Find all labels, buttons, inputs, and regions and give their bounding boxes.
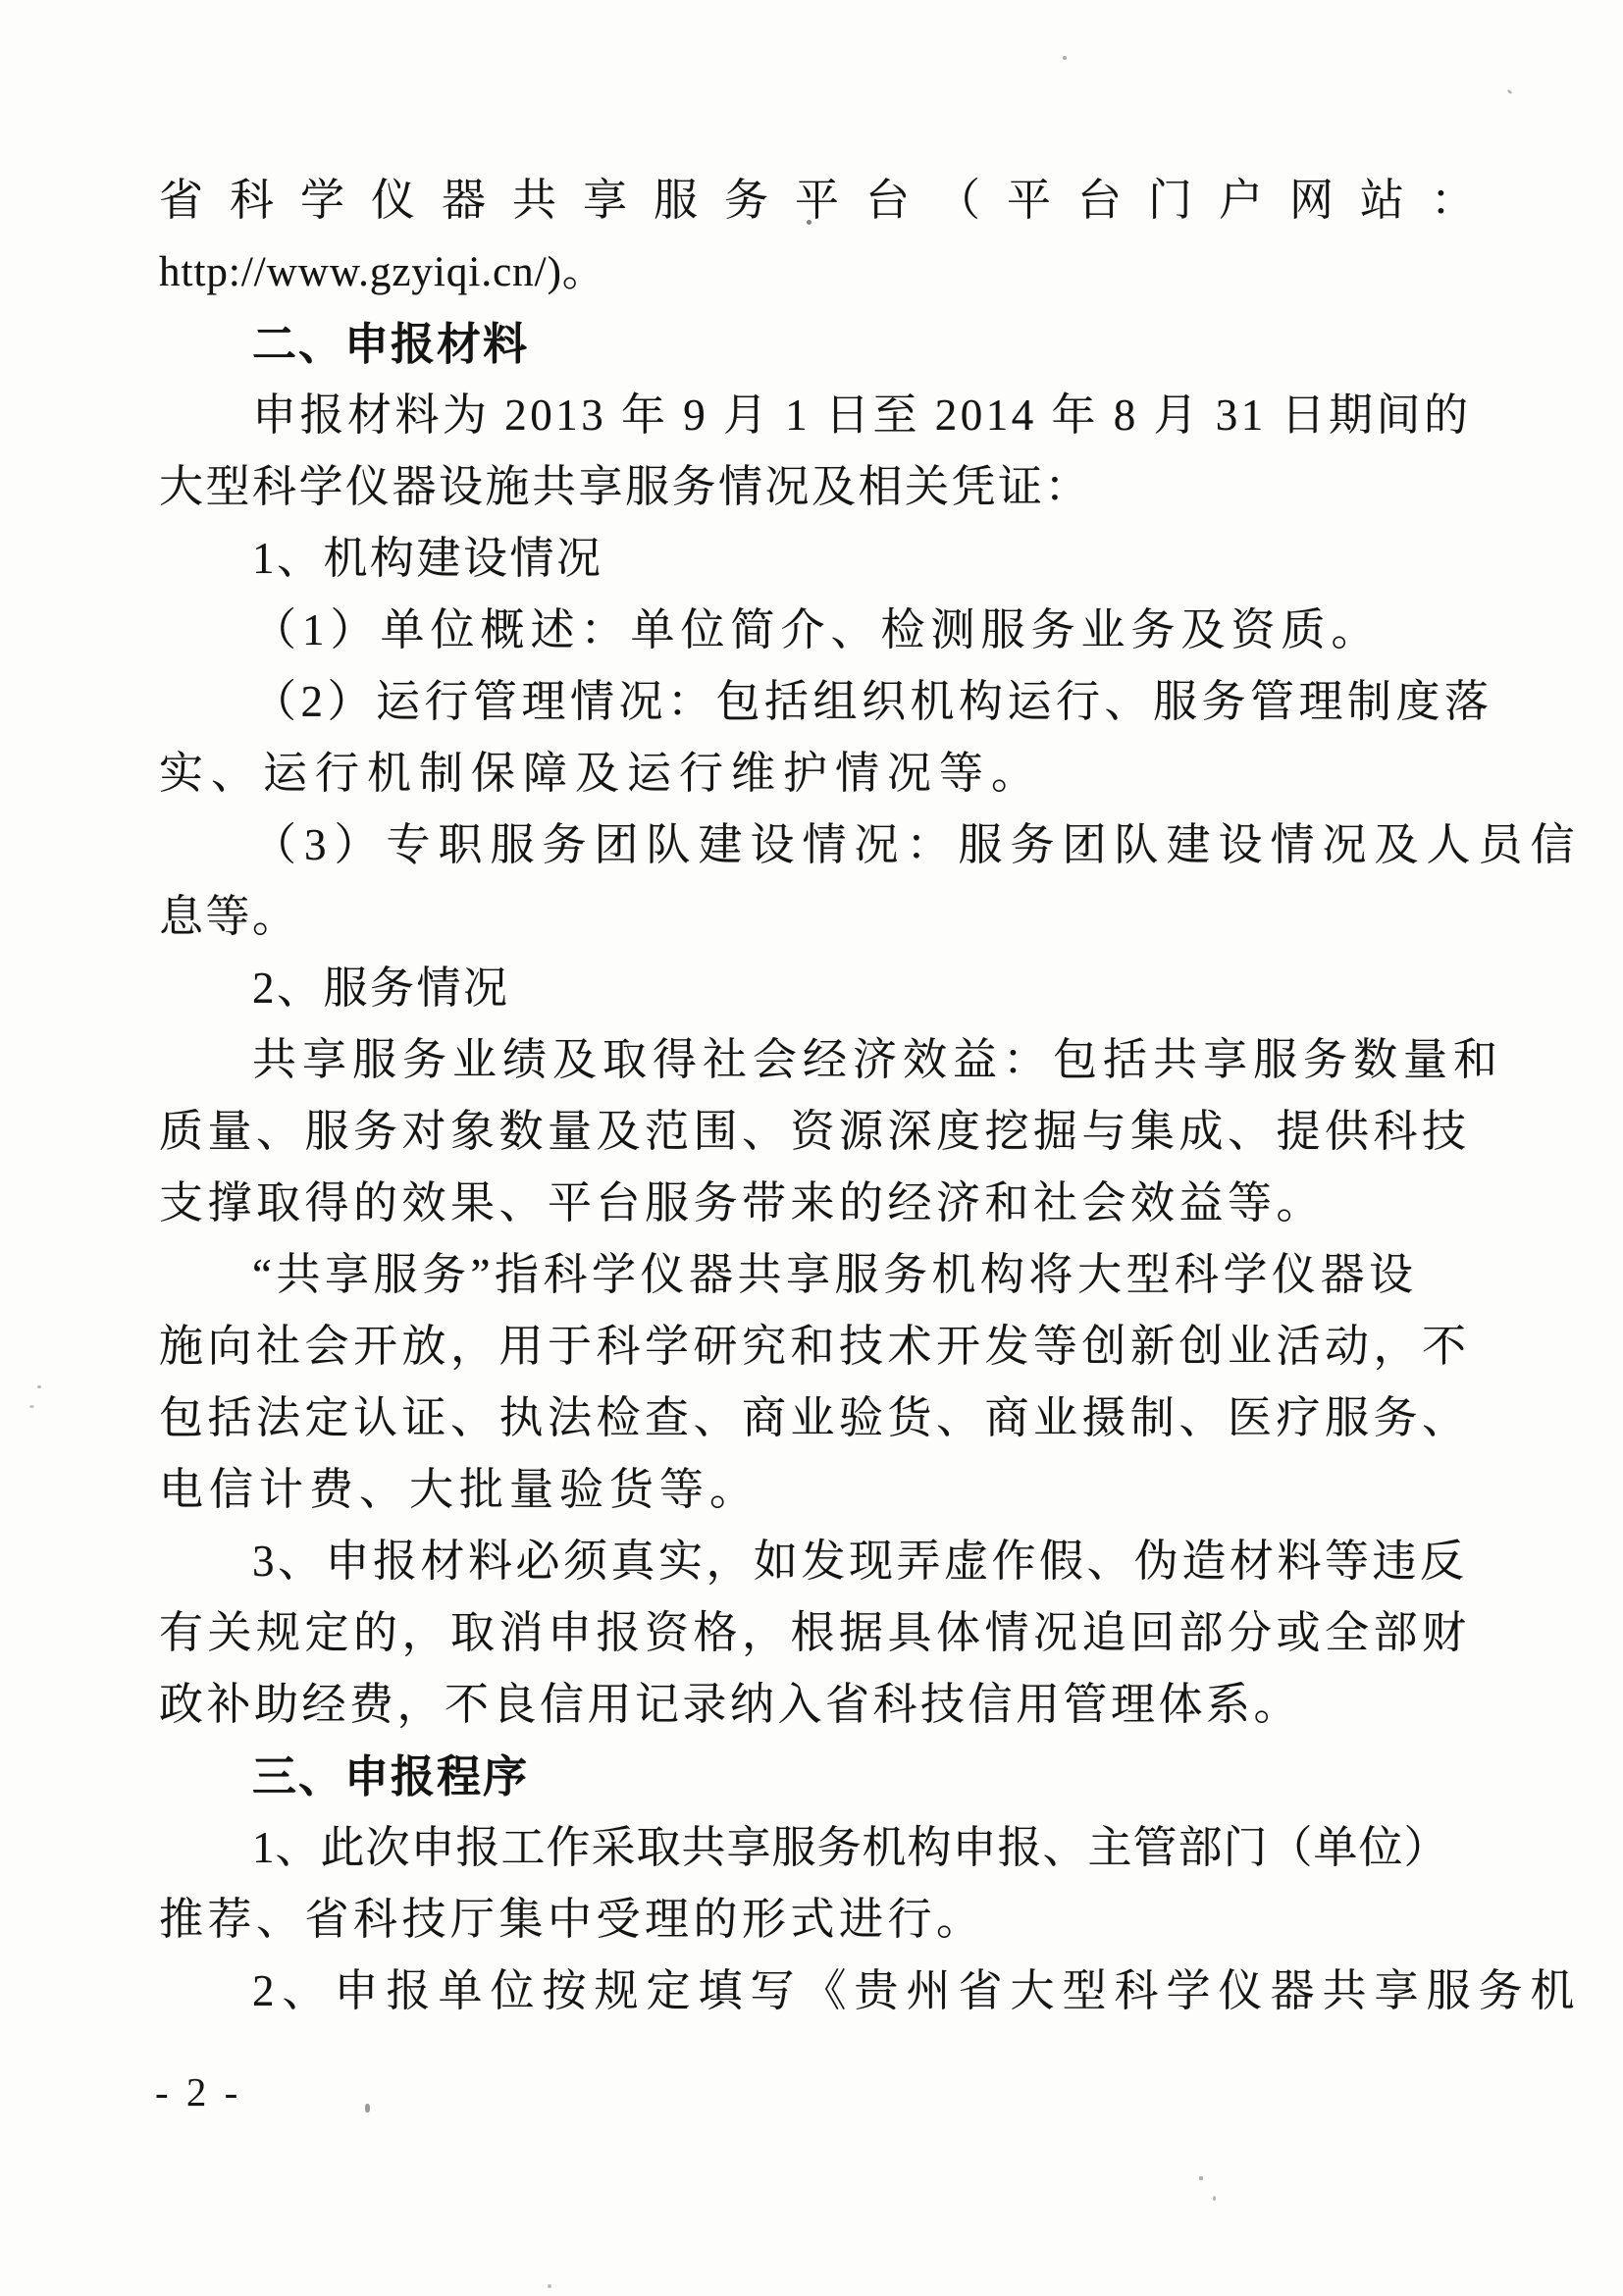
- text-line: （2）运行管理情况：包括组织机构运行、服务管理制度落: [159, 666, 1479, 738]
- text-line: 施向社会开放，用于科学研究和技术开发等创新创业活动，不: [159, 1311, 1479, 1383]
- scan-speck: [29, 1405, 34, 1408]
- text-line: 共享服务业绩及取得社会经济效益：包括共享服务数量和: [159, 1024, 1479, 1096]
- scan-speck: [37, 1385, 41, 1388]
- text-line: 省科学仪器共享服务平台（平台门户网站：: [159, 165, 1479, 236]
- text-line: （3）专职服务团队建设情况：服务团队建设情况及人员信: [159, 809, 1479, 881]
- text-line: 包括法定认证、执法检查、商业验货、商业摄制、医疗服务、: [159, 1383, 1479, 1454]
- document-page: 省科学仪器共享服务平台（平台门户网站：http://www.gzyiqi.cn/…: [0, 0, 1623, 2296]
- text-line: 三、申报程序: [159, 1741, 1479, 1812]
- document-text: 省科学仪器共享服务平台（平台门户网站：http://www.gzyiqi.cn/…: [159, 165, 1479, 2027]
- text-line: http://www.gzyiqi.cn/)。: [159, 236, 1479, 308]
- text-line: 有关规定的，取消申报资格，根据具体情况追回部分或全部财: [159, 1597, 1479, 1669]
- scan-speck: [548, 2284, 551, 2288]
- text-line: 3、申报材料必须真实，如发现弄虚作假、伪造材料等违反: [159, 1526, 1479, 1597]
- text-line: 2、申报单位按规定填写《贵州省大型科学仪器共享服务机: [159, 1956, 1479, 2027]
- text-line: 推荐、省科技厅集中受理的形式进行。: [159, 1884, 1479, 1956]
- scan-speck: [807, 220, 811, 225]
- text-line: 大型科学仪器设施共享服务情况及相关凭证：: [159, 451, 1479, 523]
- text-line: 质量、服务对象数量及范围、资源深度挖掘与集成、提供科技: [159, 1096, 1479, 1168]
- text-line: 息等。: [159, 881, 1479, 953]
- text-line: 二、申报材料: [159, 308, 1479, 380]
- text-line: 实、运行机制保障及运行维护情况等。: [159, 738, 1479, 809]
- scan-speck: [365, 2104, 370, 2113]
- text-line: 2、服务情况: [159, 953, 1479, 1024]
- text-line: 1、此次申报工作采取共享服务机构申报、主管部门（单位）: [159, 1812, 1479, 1884]
- text-line: 1、机构建设情况: [159, 523, 1479, 595]
- scan-speck: [1507, 89, 1513, 95]
- text-line: 政补助经费，不良信用记录纳入省科技信用管理体系。: [159, 1669, 1479, 1741]
- scan-speck: [1199, 2176, 1203, 2180]
- text-line: 申报材料为 2013 年 9 月 1 日至 2014 年 8 月 31 日期间的: [159, 380, 1479, 451]
- text-line: 电信计费、大批量验货等。: [159, 1454, 1479, 1526]
- text-line: （1）单位概述：单位简介、检测服务业务及资质。: [159, 595, 1479, 666]
- scan-speck: [1213, 2196, 1216, 2201]
- text-line: 支撑取得的效果、平台服务带来的经济和社会效益等。: [159, 1168, 1479, 1239]
- scan-speck: [1063, 56, 1067, 60]
- text-line: “共享服务”指科学仪器共享服务机构将大型科学仪器设: [159, 1239, 1479, 1311]
- page-number: - 2 -: [155, 2068, 241, 2115]
